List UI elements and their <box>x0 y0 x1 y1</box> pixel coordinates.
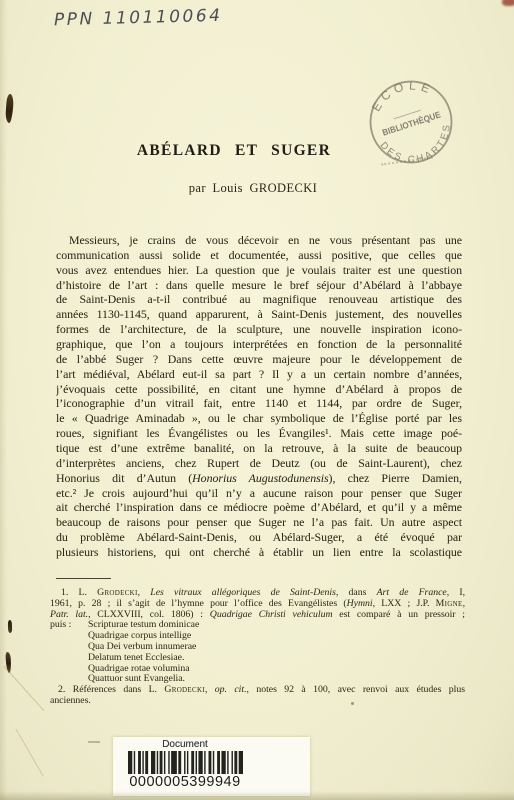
body-text-line: plusieurs historiens, qui ont cherché à … <box>56 545 462 560</box>
svg-text:ECOLE: ECOLE <box>364 70 439 117</box>
ink-speck <box>351 702 354 705</box>
footnote-text-line: 1. L. Grodecki, Les vitraux allégoriques… <box>50 588 465 599</box>
body-text-line: roues, signifiant les Évangélistes ou le… <box>56 426 462 441</box>
body-text-line: de l’abbé Suger ? Dans cette œuvre majeu… <box>56 352 462 367</box>
verse-line: Quattuor sunt Evangelia. <box>88 674 199 685</box>
footnote-text-line: anciennes. <box>50 696 465 707</box>
corner-ink-mark <box>502 0 514 6</box>
footnote-1-verse-intro: puis : Scripturae testum dominicaeQuadri… <box>50 620 465 685</box>
body-text-line: du problème Abélard-Saint-Denis, ou Abél… <box>56 530 462 545</box>
puis-label: puis : <box>50 620 88 631</box>
paper-crease <box>4 666 45 711</box>
body-text-line: d’interprètes anciens, chez Rupert de De… <box>56 456 462 471</box>
body-paragraph: Messieurs, je crains de vous décevoir en… <box>56 233 462 560</box>
verse-line: Quadrigae corpus intellige <box>88 631 199 642</box>
article-title: ABÉLARD ET SUGER <box>31 142 437 160</box>
footnotes-block: 1. L. Grodecki, Les vitraux allégoriques… <box>50 588 465 707</box>
body-text-line: formes de l’architecture, de la sculptur… <box>56 322 462 337</box>
body-text-line: de Saint-Denis a-t-il contribué au magni… <box>56 292 462 307</box>
body-text-line: Messieurs, je crains de vous décevoir en… <box>56 233 462 248</box>
body-text-line: l’iconographie d’un vitrail fait, entre … <box>56 396 462 411</box>
body-text-line: l’art médiéval, Abélard eut-il sa part ?… <box>56 367 462 382</box>
barcode-sticker: Document 0000005399949 <box>113 737 310 796</box>
body-text-line: vous avez entendues hier. La question qu… <box>56 263 462 278</box>
footnote-text-line: 1961, p. 28 ; il s’agit de l’hymne pour … <box>50 599 465 610</box>
body-text-line: j’évoquais cette possibilité, en citant … <box>56 382 462 397</box>
binding-mark <box>5 94 14 123</box>
handwritten-ppn-annotation: PPN 110110064 <box>54 6 223 30</box>
scanned-document-page: PPN 110110064 ECOLE BIBLIOTHÈQUE DES CHA… <box>0 0 514 800</box>
library-stamp: ECOLE BIBLIOTHÈQUE DES CHARTES <box>353 64 469 180</box>
body-text-line: d’histoire de l’art : dans quelle mesure… <box>56 278 462 293</box>
barcode-column: Document 0000005399949 <box>121 739 249 790</box>
footnote-1-verse: Scripturae testum dominicaeQuadrigae cor… <box>88 620 199 685</box>
paper-crease <box>15 728 43 776</box>
body-text-line: années 1130-1145, quand apparurent, à Sa… <box>56 307 462 322</box>
body-text-line: tique est d’une extrême banalité, on la … <box>56 441 462 456</box>
body-text-line: etc.² Je crois aujourd’hui qu’il n’y a a… <box>56 486 462 501</box>
verse-line: Delatum tenet Ecclesiae. <box>88 653 199 664</box>
body-text-line: ait cherché l’inspiration dans ce médioc… <box>56 500 462 515</box>
footnote-2: 2. Références dans L. Grodecki, op. cit.… <box>50 685 465 707</box>
body-text-line: le « Quadrige Aminadab », ou le char sym… <box>56 411 462 426</box>
barcode-image <box>128 751 243 774</box>
footnote-1: 1. L. Grodecki, Les vitraux allégoriques… <box>50 588 465 620</box>
verse-line: Qua Dei verbum innumerae <box>88 642 199 653</box>
body-text-line: Honorius dit d’Autun (Honorius Augustodu… <box>56 471 462 486</box>
verse-line: Quadrigae rotae volumina <box>88 664 199 675</box>
footnote-text-line: Patr. lat., CLXXVIII, col. 1806) : Quadr… <box>50 610 465 621</box>
stamp-text-top: ECOLE <box>364 70 439 117</box>
body-text-line: beaucoup de raisons pour penser que Suge… <box>56 515 462 530</box>
footnote-separator <box>56 578 111 579</box>
barcode-number: 0000005399949 <box>121 774 249 790</box>
verse-line: Scripturae testum dominicae <box>88 620 199 631</box>
body-text-line: graphique, que l’on a toujours interprét… <box>56 337 462 352</box>
binding-mark <box>8 620 12 633</box>
article-byline: par Louis GRODECKI <box>50 181 456 196</box>
footnote-text-line: 2. Références dans L. Grodecki, op. cit.… <box>50 685 465 696</box>
body-text-line: communication aussi solide et documentée… <box>56 248 462 263</box>
pencil-smudge <box>88 741 100 743</box>
barcode-caption: Document <box>121 739 249 750</box>
